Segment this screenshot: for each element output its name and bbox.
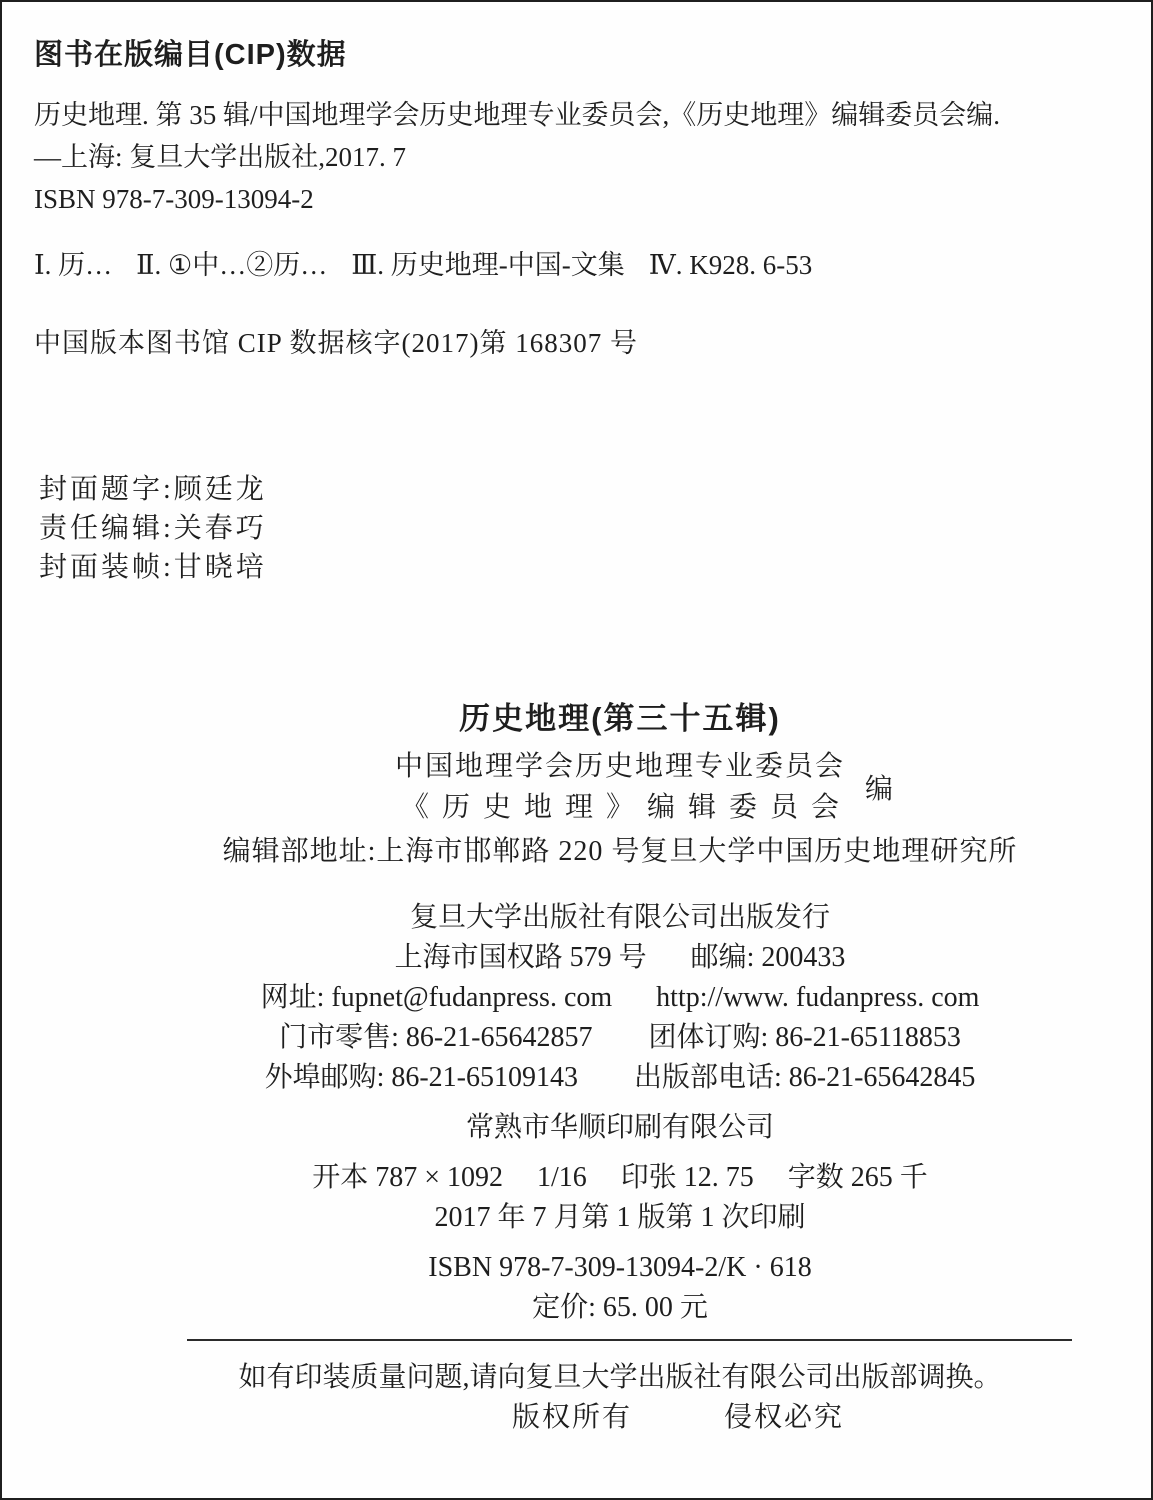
price-line: 定价: 65. 00 元 — [92, 1288, 1148, 1328]
isbn-full: ISBN 978-7-309-13094-2/K · 618 — [92, 1248, 1148, 1288]
cip-header: 图书在版编目(CIP)数据 — [34, 36, 1123, 74]
cip-entry-line-1: 历史地理. 第 35 辑/中国地理学会历史地理专业委员会,《历史地理》编辑委员会… — [34, 94, 1123, 136]
edition-line: 2017 年 7 月第 1 版第 1 次印刷 — [92, 1198, 1148, 1238]
dept-phone: 出版部电话: 86-21-65642845 — [634, 1058, 975, 1098]
cip-class-4: Ⅳ. K928. 6-53 — [649, 244, 812, 286]
copyright-line: 版权所有 侵权必究 — [150, 1398, 1153, 1438]
website-email: 网址: fupnet@fudanpress. com — [261, 978, 613, 1018]
editor-suffix: 编 — [865, 767, 893, 807]
cip-entry: 历史地理. 第 35 辑/中国地理学会历史地理专业委员会,《历史地理》编辑委员会… — [34, 94, 1123, 220]
cip-registry: 中国版本图书馆 CIP 数据核字(2017)第 168307 号 — [34, 322, 1123, 364]
phone-row-2: 外埠邮购: 86-21-65109143 出版部电话: 86-21-656428… — [92, 1058, 1148, 1098]
copyright-page: 图书在版编目(CIP)数据 历史地理. 第 35 辑/中国地理学会历史地理专业委… — [0, 0, 1153, 1500]
editorial-office-address: 编辑部地址:上海市邯郸路 220 号复旦大学中国历史地理研究所 — [92, 830, 1148, 874]
publisher-name: 复旦大学出版社有限公司出版发行 — [92, 898, 1148, 938]
committee-lines: 中国地理学会历史地理专业委员会 《历史地理》编辑委员会 — [393, 746, 847, 828]
book-title: 历史地理(第三十五辑) — [92, 700, 1148, 738]
publisher-address: 上海市国权路 579 号 — [395, 938, 647, 978]
cip-class-1: Ⅰ. 历… — [34, 244, 112, 286]
phone-row-1: 门市零售: 86-21-65642857 团体订购: 86-21-6511885… — [92, 1018, 1148, 1058]
cip-entry-line-2: —上海: 复旦大学出版社,2017. 7 — [34, 136, 1123, 178]
group-order-phone: 团体订购: 86-21-65118853 — [649, 1018, 961, 1058]
format-fraction: 1/16 — [537, 1158, 587, 1198]
committee-line-2: 《历史地理》编辑委员会 — [393, 787, 860, 828]
format-size: 开本 787 × 1092 — [312, 1158, 503, 1198]
retail-phone: 门市零售: 86-21-65642857 — [279, 1018, 592, 1058]
cip-class-3: Ⅲ. 历史地理-中国-文集 — [351, 244, 625, 286]
credits-block: 封面题字:顾廷龙 责任编辑:关春巧 封面装帧:甘晓培 — [39, 470, 267, 587]
format-row: 开本 787 × 1092 1/16 印张 12. 75 字数 265 千 — [92, 1158, 1148, 1198]
cip-block: 图书在版编目(CIP)数据 历史地理. 第 35 辑/中国地理学会历史地理专业委… — [34, 36, 1123, 364]
committee-line-1: 中国地理学会历史地理专业委员会 — [393, 746, 847, 787]
publisher-postcode: 邮编: 200433 — [691, 938, 846, 978]
infringement-warning: 侵权必究 — [724, 1398, 844, 1438]
imprint-column: 历史地理(第三十五辑) 中国地理学会历史地理专业委员会 《历史地理》编辑委员会 … — [92, 700, 1148, 1328]
cip-classification: Ⅰ. 历… Ⅱ. ①中…②历… Ⅲ. 历史地理-中国-文集 Ⅳ. K928. 6… — [34, 244, 1123, 286]
format-sheets: 印张 12. 75 — [621, 1158, 754, 1198]
mail-order-phone: 外埠邮购: 86-21-65109143 — [265, 1058, 578, 1098]
format-words: 字数 265 千 — [788, 1158, 928, 1198]
website-url: http://www. fudanpress. com — [656, 978, 979, 1018]
credit-cover-design: 封面装帧:甘晓培 — [39, 548, 267, 587]
footer-block: 如有印装质量问题,请向复旦大学出版社有限公司出版部调换。 版权所有 侵权必究 — [92, 1358, 1148, 1438]
publisher-address-row: 上海市国权路 579 号 邮编: 200433 — [92, 938, 1148, 978]
quality-notice: 如有印装质量问题,请向复旦大学出版社有限公司出版部调换。 — [92, 1358, 1148, 1398]
cip-isbn: ISBN 978-7-309-13094-2 — [34, 178, 1123, 220]
copyright-reserved: 版权所有 — [512, 1398, 632, 1438]
committee-block: 中国地理学会历史地理专业委员会 《历史地理》编辑委员会 编 — [115, 746, 1153, 828]
website-row: 网址: fupnet@fudanpress. com http://www. f… — [92, 978, 1148, 1018]
printer-name: 常熟市华顺印刷有限公司 — [92, 1108, 1148, 1148]
credit-cover-inscription: 封面题字:顾廷龙 — [39, 470, 267, 509]
cip-class-2: Ⅱ. ①中…②历… — [136, 244, 327, 286]
credit-responsible-editor: 责任编辑:关春巧 — [39, 509, 267, 548]
divider-line — [187, 1339, 1072, 1341]
